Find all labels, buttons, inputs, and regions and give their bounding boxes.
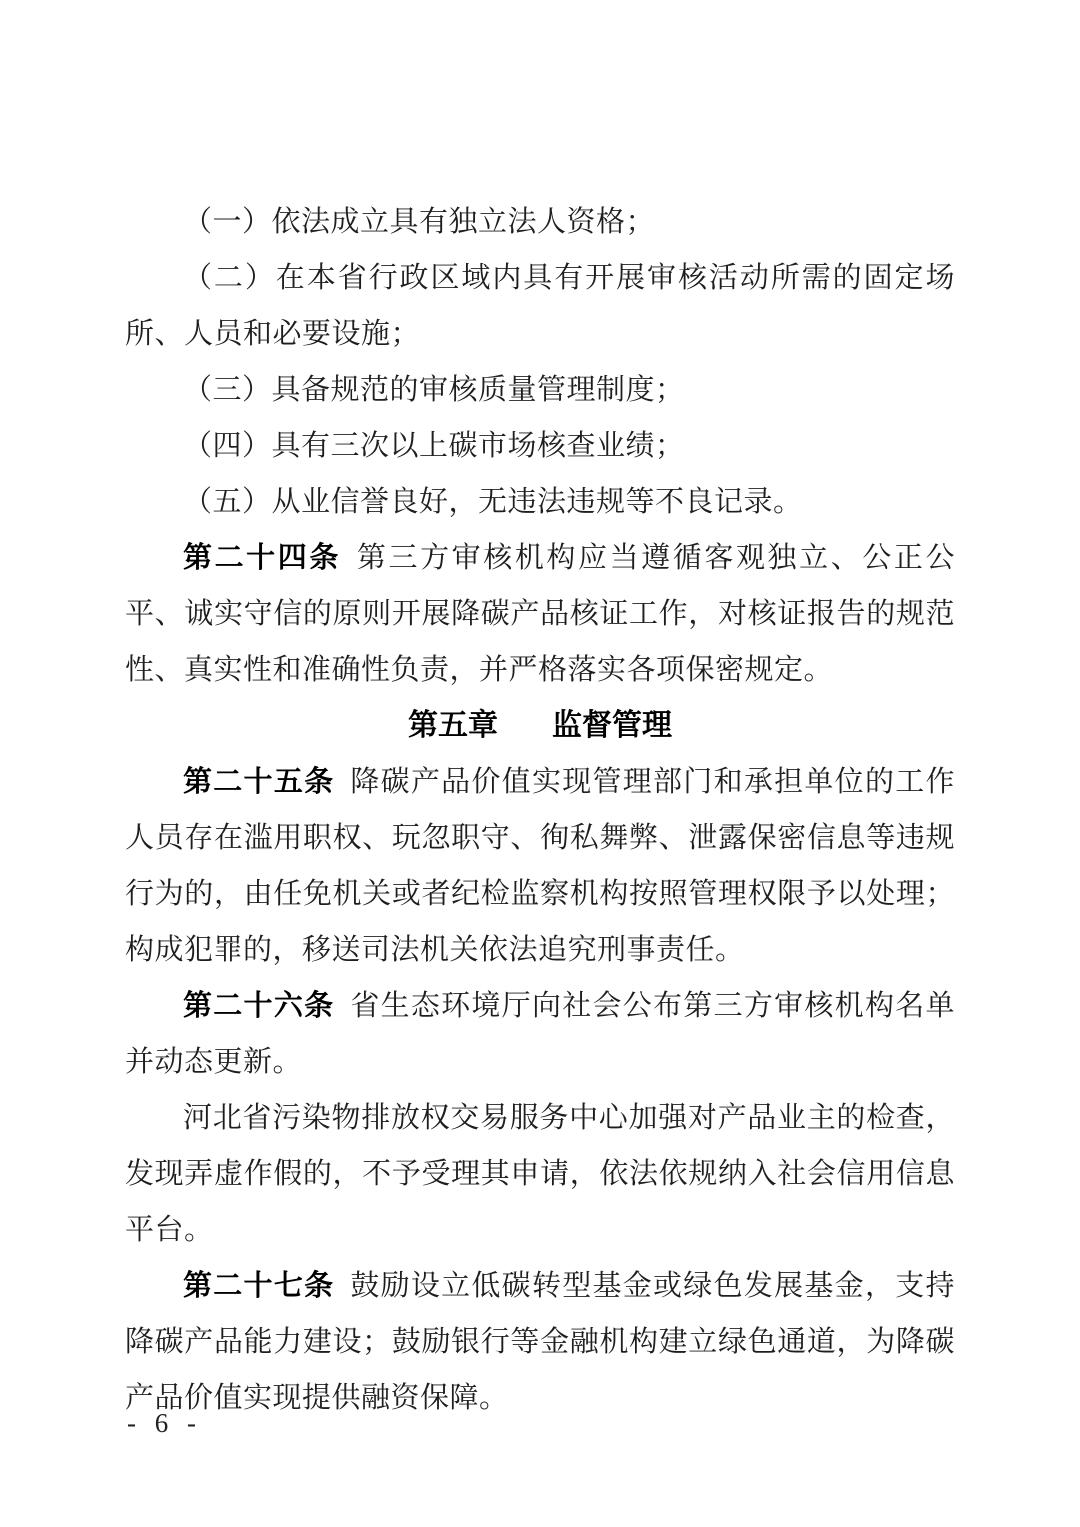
article-paragraph: 第二十五条降碳产品价值实现管理部门和承担单位的工作人员存在滥用职权、玩忽职守、徇… — [125, 754, 955, 978]
chapter-label: 第五章 — [408, 709, 498, 742]
chapter-title: 监督管理 — [552, 709, 672, 742]
document-body: （一）依法成立具有独立法人资格；（二）在本省行政区域内具有开展审核活动所需的固定… — [125, 194, 955, 1426]
list-item-paragraph: （四）具有三次以上碳市场核查业绩； — [125, 418, 955, 474]
body-paragraph: 河北省污染物排放权交易服务中心加强对产品业主的检查，发现弄虚作假的，不予受理其申… — [125, 1090, 955, 1258]
page-footer: - 6 - — [127, 1408, 202, 1439]
article-number: 第二十五条 — [183, 766, 334, 798]
page-number: - 6 - — [127, 1408, 202, 1438]
list-item-paragraph: （三）具备规范的审核质量管理制度； — [125, 362, 955, 418]
chapter-heading: 第五章监督管理 — [125, 698, 955, 754]
document-page: （一）依法成立具有独立法人资格；（二）在本省行政区域内具有开展审核活动所需的固定… — [0, 0, 1080, 1527]
article-number: 第二十六条 — [183, 990, 334, 1022]
list-item-paragraph: （五）从业信誉良好，无违法违规等不良记录。 — [125, 474, 955, 530]
article-number: 第二十七条 — [183, 1270, 334, 1302]
list-item-paragraph: （二）在本省行政区域内具有开展审核活动所需的固定场所、人员和必要设施； — [125, 250, 955, 362]
list-item-paragraph: （一）依法成立具有独立法人资格； — [125, 194, 955, 250]
article-paragraph: 第二十七条鼓励设立低碳转型基金或绿色发展基金，支持降碳产品能力建设；鼓励银行等金… — [125, 1258, 955, 1426]
article-number: 第二十四条 — [183, 542, 341, 574]
article-paragraph: 第二十四条第三方审核机构应当遵循客观独立、公正公平、诚实守信的原则开展降碳产品核… — [125, 530, 955, 698]
article-paragraph: 第二十六条省生态环境厅向社会公布第三方审核机构名单并动态更新。 — [125, 978, 955, 1090]
